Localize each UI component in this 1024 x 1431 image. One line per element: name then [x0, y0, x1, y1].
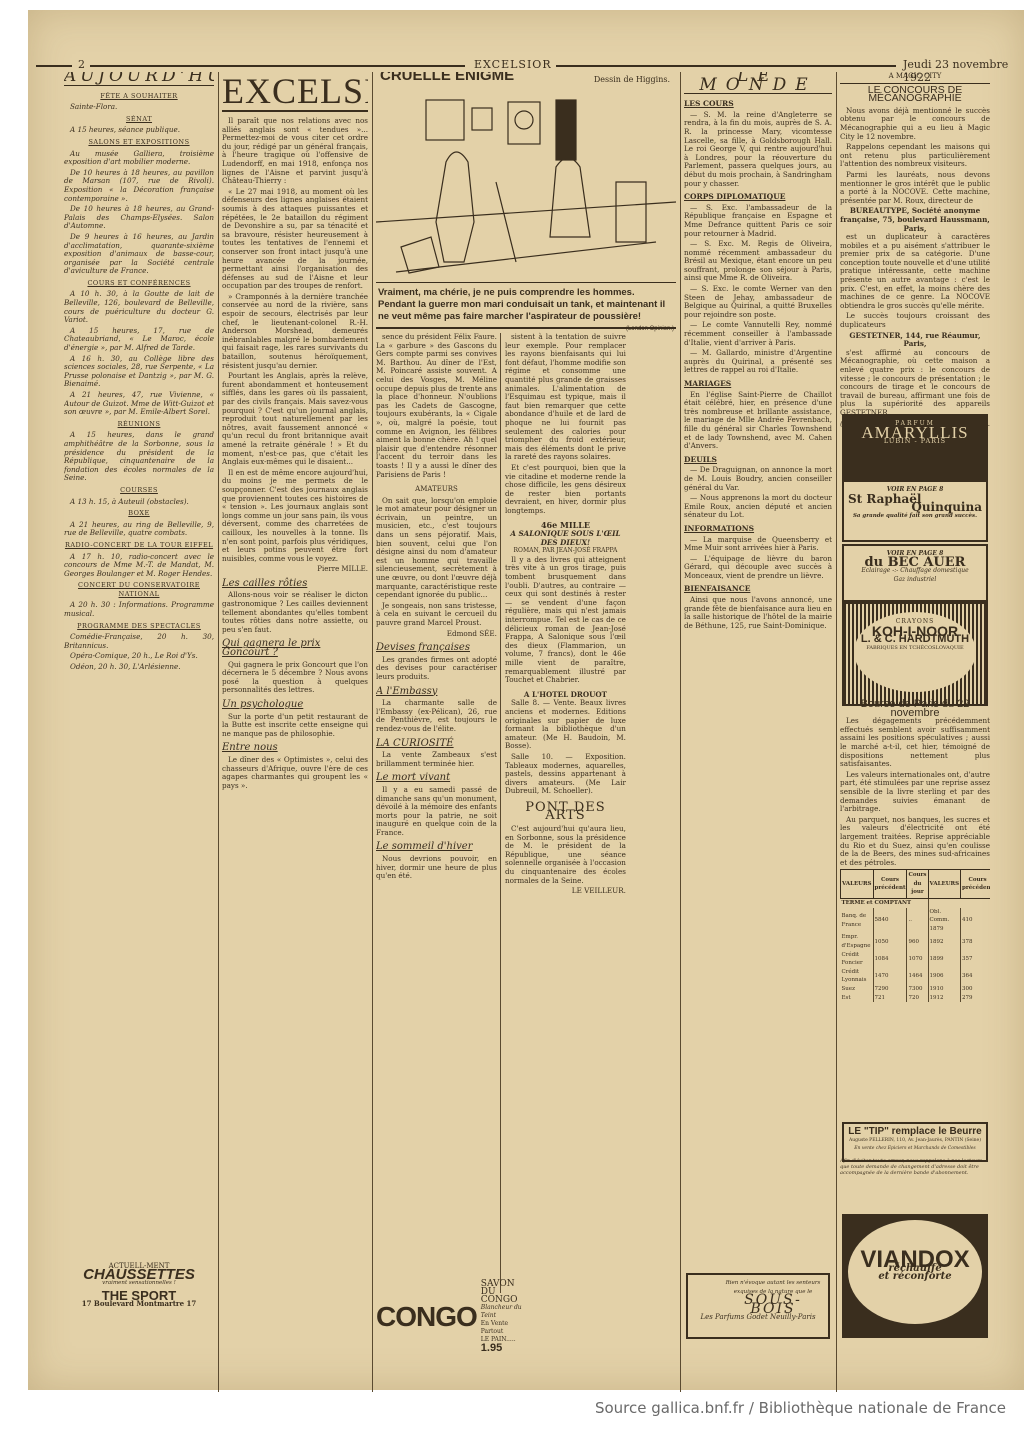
ad-maker: L. & C. HARDTMUTH [854, 635, 976, 644]
drouot-items: Salle 8. — Vente. Beaux livres anciens e… [505, 699, 626, 796]
table-cell: Obl. Comm. 1879 [928, 908, 961, 934]
ad-line: SAVON DU CONGO [481, 1280, 528, 1304]
section-title: LA CURIOSITÉ [376, 740, 497, 749]
table-cell: 300 [961, 985, 990, 994]
section-title: PROGRAMME DES SPECTACLES [64, 622, 214, 631]
monde-column: LE MONDE LES COURS— S. M. la reine d'Ang… [684, 72, 832, 1392]
bourse-table: VALEURSCours précédentCours du jourVALEU… [840, 869, 990, 1002]
listing-item: A 16 h. 30, au Collège libre des science… [64, 355, 214, 389]
ad-line: En vente chez Epiciers et Marchands de C… [848, 1145, 982, 1154]
section-title: SÉNAT [64, 115, 214, 124]
editorial-body: Il paraît que nos relations avec nos all… [222, 117, 368, 563]
congo-ad[interactable]: CONGO SAVON DU CONGO Blancheur du Teint … [376, 1294, 528, 1340]
auction-item: Salle 8. — Vente. Beaux livres anciens e… [505, 699, 626, 751]
paragraph: — M. Gallardo, ministre d'Argentine aupr… [684, 349, 832, 375]
ad-line: En Vente Partout [481, 1320, 528, 1336]
section-title: FÊTE A SOUHAITER [64, 92, 214, 101]
st-raphael-ad[interactable]: VOIR EN PAGE 8 St Raphaël Quinquina Sa g… [842, 480, 988, 542]
paragraph: C'est aujourd'hui qu'aura lieu, en Sorbo… [505, 825, 626, 885]
table-cell: 720 [907, 994, 928, 1003]
cartoon-drawing-icon [376, 72, 676, 282]
paragraph: — La marquise de Queensberry et Mme Muir… [684, 536, 832, 553]
table-cell: 7300 [907, 985, 928, 994]
paragraph: — Nous apprenons la mort du docteur Emil… [684, 494, 832, 520]
section-title: PONT DES ARTS [505, 804, 626, 821]
table-cell: 1084 [873, 951, 907, 968]
section-title: Le sommeil d'hiver [376, 843, 497, 852]
paragraph: — S. Exc. le comte Werner van den Steen … [684, 285, 832, 319]
section-title: A l'Embassy [376, 688, 497, 697]
column-rule [372, 72, 373, 1392]
aujourdhui-heading: AUJOURD'HUI [64, 72, 214, 86]
column-rule [218, 72, 219, 1392]
table-cell: 378 [961, 933, 990, 950]
table-cell: 5840 [873, 908, 907, 934]
article-title: Les cailles rôties [222, 580, 368, 589]
section-title: COURSES [64, 486, 214, 495]
ad-brand: du BEC AUER [848, 559, 982, 568]
paragraph: Allons-nous voir se réaliser le dicton g… [222, 591, 368, 634]
table-cell: 7290 [873, 985, 907, 994]
table-cell: Crédit Foncier [841, 951, 874, 968]
caption-text: Vraiment, ma chérie, je ne puis comprend… [378, 287, 665, 322]
ad-line: Auguste PELLERIN, 110, Av. Jean-Jaurès, … [848, 1137, 982, 1146]
table-row: Est7217201912279279 [841, 994, 991, 1003]
paragraph: Il y a eu samedi passé de dimanche sans … [376, 786, 497, 838]
paragraph: En l'église Saint-Pierre de Chaillot éta… [684, 391, 832, 451]
section-title: Le mort vivant [376, 774, 497, 783]
paragraph: Nous devrions pouvoir, en hiver, dormir … [376, 855, 497, 881]
section-title: DEUILS [684, 456, 832, 465]
table-cell: 721 [873, 994, 907, 1003]
kicker: A MAGIC CITY [840, 72, 990, 81]
paragraph: Il en est de même encore aujourd'hui, du… [222, 469, 368, 564]
ad-tagline: Sa grande qualité fait son grand succès. [848, 512, 982, 521]
ad-line: FABRIQUES EN TCHÉCOSLOVAQUIE [854, 644, 976, 653]
table-row: Crédit Foncier108410701899357357 [841, 951, 991, 968]
amaryllis-ad[interactable]: PARFUM AMARYLLIS LUBIN - PARIS [842, 414, 988, 480]
table-header: Cours précédent [961, 870, 990, 899]
paragraph: Les grandes firmes ont adopté des devise… [376, 656, 497, 682]
paragraph: La charmante salle de l'Embassy (ex-Péli… [376, 699, 497, 733]
paragraph: Je songeais, non sans tristesse, à cela … [376, 602, 497, 628]
ad-brand: SOUS-BOIS [692, 1296, 824, 1313]
cartoon: CRUELLE ENIGME Dessin de Higgins. [376, 72, 676, 283]
table-cell: 1910 [928, 985, 961, 994]
book-title: A SALONIQUE SOUS L'ŒIL DES DIEUX! [505, 530, 626, 547]
listing-item: A 15 heures, séance publique. [64, 126, 214, 135]
paragraph: Nous avons déjà mentionné le succès obte… [840, 107, 990, 141]
rule [36, 65, 72, 67]
paragraph: sence du président Félix Faure. La « gar… [376, 333, 497, 479]
masthead-line: 2 EXCELSIOR Jeudi 23 novembre 1922 [36, 58, 1011, 72]
table-cell: Empr. d'Espagne [841, 933, 874, 950]
paragraph: Le succès toujours croissant des duplica… [840, 312, 990, 329]
table-cell: 1470 [873, 968, 907, 985]
ad-address: 17 Boulevard Montmartre 17 [70, 1300, 208, 1309]
paragraph: Au parquet, nos banques, les sucres et l… [840, 816, 990, 868]
table-header: Cours précédent [873, 870, 907, 899]
section-title: AMATEURS [376, 485, 497, 494]
table-cell: 357 [961, 951, 990, 968]
section-title: CONCERT DU CONSERVATOIRE NATIONAL [64, 581, 214, 598]
column-rule [680, 72, 681, 1392]
paragraph: — Le comte Vannutelli Rey, nommé récemme… [684, 321, 832, 347]
listing-item: A 10 h. 30, à la Goutte de lait de Belle… [64, 290, 214, 324]
cartoon-credit: Dessin de Higgins. [594, 76, 670, 85]
auction-item: Salle 10. — Exposition. Tableaux moderne… [505, 753, 626, 796]
bourse-heading: Bourse de Paris du 22 novembre [840, 700, 990, 717]
section-title: RADIO-CONCERT DE LA TOUR EIFFEL [64, 541, 214, 550]
listing-item: A 21 heures, 47, rue Vivienne, « Autour … [64, 391, 214, 417]
ad-line: Les Parfums Godet Neuilly-Paris [692, 1313, 824, 1322]
table-section-label: TERME et COMPTANT [841, 899, 929, 908]
caption-source: (London Opinion.) [626, 323, 674, 335]
ad-line: Eclairage -:- Chauffage domestique [848, 567, 982, 576]
listing-item: Comédie-Française, 20 h. 30, Britannicus… [64, 633, 214, 650]
listing-item: Opéra-Comique, 20 h., Le Roi d'Ys. [64, 652, 214, 661]
masthead-title: EXCELSIOR [474, 58, 552, 71]
ad-line: Blancheur du Teint [481, 1304, 528, 1320]
listing-item: De 10 heures à 18 heures, au Grand-Palai… [64, 205, 214, 231]
paragraph: Le dîner des « Optimistes », celui des c… [222, 756, 368, 790]
table-cell: 364 [961, 968, 990, 985]
ad-line: et réconforte [848, 1273, 982, 1282]
section-title: SALONS ET EXPOSITIONS [64, 138, 214, 147]
section-title: CORPS DIPLOMATIQUE [684, 193, 832, 202]
listing-item: A 21 heures, au ring de Belleville, 9, r… [64, 521, 214, 538]
table-cell: 410 [961, 908, 990, 934]
listing-item: A 13 h. 15, à Auteuil (obstacles). [64, 498, 214, 507]
aujourdhui-column: AUJOURD'HUI FÊTE A SOUHAITERSainte-Flora… [64, 72, 214, 1392]
listing-item: Au musée Galliera, troisième exposition … [64, 150, 214, 167]
center-body: sence du président Félix Faure. La « gar… [376, 333, 626, 1293]
company-name: BUREAUTYPE, Société anonyme française, 7… [840, 207, 990, 233]
table-header: VALEURS [841, 870, 874, 899]
center-columns: CRUELLE ENIGME Dessin de Higgins. Vraime… [376, 72, 676, 1392]
table-cell: Banq. de France [841, 908, 874, 934]
paragraph: Ainsi que nous l'avons annoncé, une gran… [684, 596, 832, 630]
paragraph: « Le 27 mai 1918, au moment où les défen… [222, 188, 368, 291]
rule [90, 65, 465, 67]
table-cell: Suez [841, 985, 874, 994]
ad-brand: CHAUSSETTES [70, 1271, 208, 1280]
table-cell: 1070 [907, 951, 928, 968]
bourse-body: Les dégagements précédemment effectués s… [840, 717, 990, 867]
table-row: Suez729073001910300300 [841, 985, 991, 994]
table-row: Empr. d'Espagne10509601892378374 [841, 933, 991, 950]
paragraph: Il y a des livres qui atteignent très vi… [505, 556, 626, 685]
listing-item: Sainte-Flora. [64, 103, 214, 112]
table-cell: 1464 [907, 968, 928, 985]
ad-brand: CONGO [376, 1313, 477, 1322]
page-number: 2 [78, 58, 85, 71]
table-cell: 1899 [928, 951, 961, 968]
section-title: LES COURS [684, 100, 832, 109]
paragraph: — De Draguignan, on annonce la mort de M… [684, 466, 832, 492]
paragraph: On sait que, lorsqu'on emploie le mot am… [376, 497, 497, 600]
cartoon-title: CRUELLE ENIGME [380, 72, 514, 81]
paragraph: Il paraît que nos relations avec nos all… [222, 117, 368, 186]
ad-price: 1.95 [481, 1342, 502, 1354]
section-title: BIENFAISANCE [684, 585, 832, 594]
chaussettes-ad[interactable]: ACTUELL-MENT CHAUSSETTES vraiment sensat… [66, 1258, 212, 1313]
column-rule [836, 72, 837, 1392]
signature: Edmond SÉE. [376, 630, 497, 639]
section-title: MARIAGES [684, 380, 832, 389]
center-sections: Devises françaisesLes grandes firmes ont… [376, 644, 497, 881]
editorial-articles: Les cailles rôtiesAllons-nous voir se ré… [222, 580, 368, 790]
viandox-ad[interactable]: VIANDOX réchauffe et réconforte [842, 1214, 988, 1338]
listing-item: De 10 heures à 18 heures, au pavillon de… [64, 169, 214, 203]
paragraph: — S. Exc. M. Regis de Oliveira, nommé ré… [684, 240, 832, 283]
editorial-column: EXCELSIOR Il paraît que nos relations av… [222, 72, 368, 1392]
table-cell: 960 [907, 933, 928, 950]
bourse-section: Bourse de Paris du 22 novembre Les dégag… [840, 700, 990, 1002]
section-title: Devises françaises [376, 644, 497, 653]
subscriber-notice: Afin d'éviter toute erreur, nous rappelo… [840, 1158, 990, 1176]
paragraph: La vente Zambeaux s'est brillamment term… [376, 751, 497, 768]
paragraph: — S. Exc. l'ambassadeur de la République… [684, 204, 832, 238]
monde-sections: LES COURS— S. M. la reine d'Angleterre s… [684, 100, 832, 630]
paragraph: » Cramponnés à la dernière tranchée cons… [222, 293, 368, 370]
paragraph: Rappelons cependant les maisons qui ont … [840, 143, 990, 169]
article-title: Un psychologue [222, 701, 368, 710]
table-cell: 279 [961, 994, 990, 1003]
section-title: COURS ET CONFÉRENCES [64, 279, 214, 288]
magic-city-body: Nous avons déjà mentionné le succès obte… [840, 107, 990, 206]
tip-ad[interactable]: LE "TIP" remplace le Beurre Auguste PELL… [842, 1122, 988, 1162]
paragraph: Sur la porte d'un petit restaurant de la… [222, 713, 368, 739]
cartoon-caption: Vraiment, ma chérie, je ne puis comprend… [376, 283, 676, 329]
footer: Source gallica.bnf.fr / Bibliothèque nat… [0, 1395, 1024, 1431]
table-cell: 1912 [928, 994, 961, 1003]
section-title: BOXE [64, 509, 214, 518]
table-cell: 1050 [873, 933, 907, 950]
bec-auer-ad[interactable]: VOIR EN PAGE 8 du BEC AUER Eclairage -:-… [842, 544, 988, 602]
section-title: INFORMATIONS [684, 525, 832, 534]
table-header: VALEURS [928, 870, 961, 899]
article-title: Entre nous [222, 744, 368, 753]
paragraph: Les dégagements précédemment effectués s… [840, 717, 990, 769]
paragraph: Parmi les lauréats, nous devons mentionn… [840, 171, 990, 205]
table-cell: Est [841, 994, 874, 1003]
listing-item: De 9 heures à 16 heures, au Jardin d'acc… [64, 233, 214, 276]
table-cell: 1892 [928, 933, 961, 950]
paragraph: sistent à la tentation de suivre leur ex… [505, 333, 626, 462]
article-heading: LE CONCOURS DE MÉCANOGRAPHIE [840, 83, 990, 103]
paragraph: Et c'est pourquoi, bien que la vie citad… [505, 464, 626, 516]
table-cell: .. [907, 908, 928, 934]
paragraph: s'est affirmé au concours de Mécanograph… [840, 349, 990, 418]
table-header: Cours du jour [907, 870, 928, 899]
listing-item: A 20 h. 30 : Informations. Programme mus… [64, 601, 214, 618]
paragraph: — S. M. la reine d'Angleterre se rendra,… [684, 111, 832, 188]
sous-bois-ad[interactable]: Rien n'évoque autant les senteurs exquis… [686, 1273, 830, 1339]
table-cell: 1906 [928, 968, 961, 985]
listing-item: A 15 heures, dans le grand amphithéâtre … [64, 431, 214, 483]
ad-line: Gaz industriel [848, 576, 982, 585]
editorial-signature: Pierre MILLE. [222, 565, 368, 574]
section-title: RÉUNIONS [64, 420, 214, 429]
paragraph: Qui gagnera le prix Goncourt que l'on dé… [222, 661, 368, 695]
ad-brand: LE "TIP" remplace le Beurre [848, 1128, 982, 1137]
monde-heading: LE MONDE [684, 72, 832, 94]
table-row: Banq. de France5840..Obl. Comm. 18794104… [841, 908, 991, 934]
paragraph: est un duplicateur à caractères mobiles … [840, 233, 990, 310]
aujourdhui-sections: FÊTE A SOUHAITERSainte-Flora.SÉNATA 15 h… [64, 92, 214, 672]
table-row: Crédit Lyonnais147014641906364363 [841, 968, 991, 985]
article-title: Qui gagnera le prix Goncourt ? [222, 640, 368, 657]
listing-item: A 15 heures, 17, rue de Chateaubriand, «… [64, 327, 214, 353]
company-name: GESTETNER, 144, rue Réaumur, Paris, [840, 332, 990, 349]
rule [556, 65, 896, 67]
listing-item: Odéon, 20 h. 30, L'Arlésienne. [64, 663, 214, 672]
right-column: A MAGIC CITY LE CONCOURS DE MÉCANOGRAPHI… [840, 72, 990, 1392]
paragraph: — L'équipage de lièvre du baron Gérard, … [684, 555, 832, 581]
signature: LE VEILLEUR. [505, 887, 626, 896]
listing-item: A 17 h. 10, radio-concert avec le concou… [64, 553, 214, 579]
editorial-heading: EXCELSIOR [222, 72, 368, 112]
ad-brand: AMARYLLIS [848, 429, 982, 438]
paragraph: Pourtant les Anglais, après la relève, f… [222, 372, 368, 467]
source-credit: Source gallica.bnf.fr / Bibliothèque nat… [595, 1399, 1006, 1417]
table-cell: Crédit Lyonnais [841, 968, 874, 985]
paragraph: Les valeurs internationales ont, d'autre… [840, 771, 990, 814]
koh-i-noor-ad[interactable]: CRAYONS KOH-I-NOOR L. & C. HARDTMUTH FAB… [842, 602, 988, 706]
